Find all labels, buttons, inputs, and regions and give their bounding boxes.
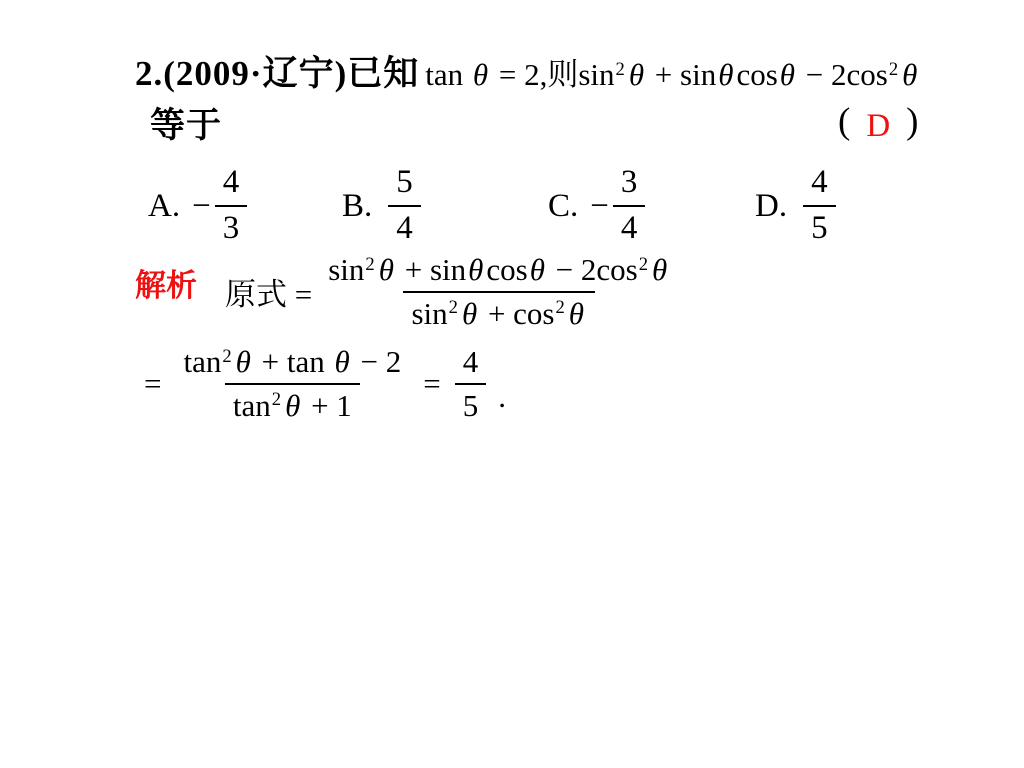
step1-prefix: 原式 =	[225, 269, 312, 314]
option-d-label: D.	[755, 188, 787, 225]
solution-step-2: = tan2θ + tan θ − 2 tan2θ + 1 = 4 5 .	[140, 342, 506, 425]
step2-equals: =	[144, 366, 161, 402]
option-c: C. − 3 4	[548, 160, 645, 252]
option-a-label: A.	[148, 188, 180, 225]
answer-paren-open: (	[838, 101, 850, 142]
problem-formula: tan θ = 2,则sin2θ + sinθcosθ − 2cos2θ	[425, 49, 920, 94]
equals-line: 等于 (D)	[0, 98, 1024, 148]
options-row: A. − 4 3 B. 5 4 C. − 3 4 D.	[0, 160, 1024, 252]
option-d: D. 4 5	[755, 160, 836, 252]
sentence-period: .	[498, 379, 506, 415]
solution-fraction-2: tan2θ + tan θ − 2 tan2θ + 1	[175, 342, 409, 425]
result-equals: =	[423, 366, 440, 402]
option-b-label: B.	[342, 188, 372, 225]
answer-box: (D)	[838, 100, 919, 143]
option-b-numerator: 5	[388, 162, 421, 205]
solution-fraction-1: sin2θ + sinθcosθ − 2cos2θ sin2θ + cos2θ	[320, 250, 678, 333]
option-b-denominator: 4	[388, 205, 421, 250]
solution-fraction-1-denominator: sin2θ + cos2θ	[403, 291, 595, 334]
solution-step-1: 解析 原式 = sin2θ + sinθcosθ − 2cos2θ sin2θ …	[135, 250, 678, 333]
option-a-denominator: 3	[215, 205, 248, 250]
option-c-fraction: 3 4	[613, 162, 646, 250]
option-a-fraction: 4 3	[215, 162, 248, 250]
solution-fraction-1-numerator: sin2θ + sinθcosθ − 2cos2θ	[320, 250, 678, 291]
result-numerator: 4	[455, 342, 487, 383]
option-b-fraction: 5 4	[388, 162, 421, 250]
result-fraction: 4 5	[455, 342, 487, 425]
solution-fraction-2-denominator: tan2θ + 1	[225, 383, 360, 426]
option-d-fraction: 4 5	[803, 162, 836, 250]
option-b: B. 5 4	[342, 160, 421, 252]
option-d-numerator: 4	[803, 162, 836, 205]
problem-prefix: 2.(2009·辽宁)已知	[135, 46, 419, 96]
slide-canvas: 2.(2009·辽宁)已知 tan θ = 2,则sin2θ + sinθcos…	[0, 0, 1024, 768]
option-a-sign: −	[192, 188, 211, 225]
option-c-denominator: 4	[613, 205, 646, 250]
option-c-label: C.	[548, 188, 578, 225]
option-c-sign: −	[590, 188, 609, 225]
option-c-numerator: 3	[613, 162, 646, 205]
solution-fraction-2-numerator: tan2θ + tan θ − 2	[175, 342, 409, 383]
option-d-denominator: 5	[803, 205, 836, 250]
analysis-tag: 解析	[135, 260, 197, 305]
problem-statement: 2.(2009·辽宁)已知 tan θ = 2,则sin2θ + sinθcos…	[135, 46, 920, 96]
answer-letter: D	[866, 108, 890, 144]
result-denominator: 5	[455, 383, 487, 426]
option-a-numerator: 4	[215, 162, 248, 205]
option-a: A. − 4 3	[148, 160, 247, 252]
equals-text: 等于	[150, 98, 222, 148]
answer-paren-close: )	[906, 101, 918, 142]
